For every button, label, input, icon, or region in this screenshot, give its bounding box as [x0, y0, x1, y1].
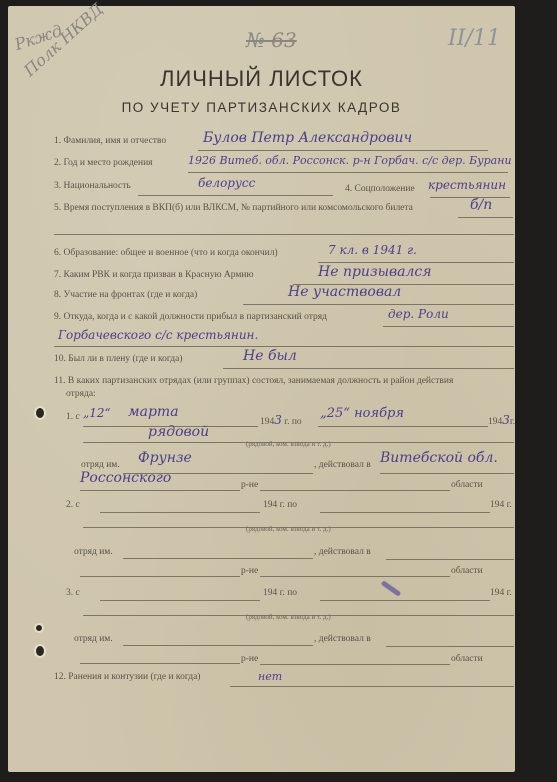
unit-1-from-month: марта: [128, 404, 179, 420]
field-4-label: 4. Соцположение: [345, 184, 415, 194]
field-2-value: 1926 Витеб. обл. Россонск. р-н Горбач. с…: [188, 154, 512, 167]
unit-3-acted-label: , действовал в: [314, 634, 371, 644]
unit-2-to-year: 194 г.: [490, 500, 512, 510]
unit-3-region-label: области: [451, 654, 483, 664]
unit-3-to-line: [320, 600, 490, 601]
unit-2-number: 2. с: [66, 500, 80, 510]
field-12-label: 12. Ранения и контузии (где и когда): [54, 672, 200, 682]
unit-2-acted-label: , действовал в: [314, 547, 371, 557]
unit-3-unit-label: отряд им.: [74, 634, 113, 644]
field-2-line: [188, 172, 508, 173]
unit-3-from-line: [100, 600, 260, 601]
unit-1-region-label: области: [451, 480, 483, 490]
field-4-value: крестьянин: [428, 178, 506, 192]
page-title: ЛИЧНЫЙ ЛИСТОК: [8, 66, 515, 92]
unit-1-from-year: 1943 г. по: [260, 413, 302, 427]
unit-1-unit-value: Фрунзе: [138, 450, 192, 466]
unit-1-acted-line: [380, 473, 514, 474]
unit-3-district-label: р-не: [241, 654, 258, 664]
field-5-value: б/п: [470, 197, 492, 213]
ink-stain: [381, 580, 402, 597]
unit-2-district-label: р-не: [241, 566, 258, 576]
field-12-line: [230, 686, 514, 687]
unit-3-district-line: [80, 663, 240, 664]
field-9-label: 9. Откуда, когда и с какой должности при…: [54, 312, 327, 322]
field-3-label: 3. Национальность: [54, 181, 131, 191]
unit-1-unit-label: отряд им.: [81, 460, 120, 470]
unit-3-unit-line: [123, 645, 313, 646]
punch-hole: [36, 646, 44, 656]
unit-2-to-line: [320, 512, 490, 513]
unit-1-to-year: 1943г.: [488, 413, 515, 427]
field-2-label: 2. Год и место рождения: [54, 158, 153, 168]
unit-1-acted-value: Витебской обл.: [380, 450, 498, 466]
unit-2-from-year: 194 г. по: [263, 500, 297, 510]
field-1-line: [198, 150, 488, 151]
field-1-value: Булов Петр Александрович: [203, 130, 412, 146]
unit-2-region-line: [260, 576, 450, 577]
field-11-label-line2: отряда:: [66, 389, 96, 399]
field-5-label: 5. Время поступления в ВКП(б) или ВЛКСМ,…: [54, 203, 413, 213]
field-12-value: нет: [258, 670, 282, 683]
field-1-label: 1. Фамилия, имя и отчество: [54, 136, 166, 146]
document-page: Ркжд Полк НКВД № 63 II/11 ЛИЧНЫЙ ЛИСТОК …: [8, 6, 515, 772]
field-5-line-2: [54, 234, 514, 235]
field-6-value: 7 кл. в 1941 г.: [328, 243, 417, 257]
field-9-value-line2: Горбачевского с/с крестьянин.: [58, 328, 258, 342]
unit-1-to-date: „25“ ноября: [320, 406, 404, 421]
field-3-value: белорусс: [198, 176, 255, 190]
unit-2-district-line: [80, 576, 240, 577]
field-7-label: 7. Каким РВК и когда призван в Красную А…: [54, 270, 254, 280]
field-6-label: 6. Образование: общее и военное (что и к…: [54, 248, 278, 258]
unit-2-from-line: [100, 512, 260, 513]
unit-1-from-day: „12“: [83, 406, 111, 420]
punch-hole: [36, 408, 44, 418]
unit-2-unit-label: отряд им.: [74, 547, 113, 557]
field-8-label: 8. Участие на фронтах (где и когда): [54, 290, 197, 300]
punch-hole: [36, 625, 42, 631]
field-8-line: [243, 304, 514, 305]
unit-1-district-label: р-не: [241, 480, 258, 490]
field-9-line: [383, 326, 514, 327]
unit-3-region-line: [260, 664, 450, 665]
unit-3-position-caption: (рядовой, ком. взвода и т. д.): [246, 613, 331, 621]
unit-3-from-year: 194 г. по: [263, 588, 297, 598]
unit-2-unit-line: [123, 558, 313, 559]
unit-3-to-year: 194 г.: [490, 588, 512, 598]
unit-1-position: рядовой: [148, 424, 209, 440]
page-subtitle: ПО УЧЕТУ ПАРТИЗАНСКИХ КАДРОВ: [8, 100, 515, 115]
unit-1-district-line: [80, 490, 240, 491]
field-10-label: 10. Был ли в плену (где и когда): [54, 354, 183, 364]
field-8-value: Не участвовал: [288, 284, 401, 300]
unit-3-acted-line: [386, 646, 514, 647]
unit-2-acted-line: [386, 559, 514, 560]
unit-1-number: 1. с: [66, 412, 80, 422]
field-9-line-2: [54, 346, 514, 347]
unit-3-number: 3. с: [66, 588, 80, 598]
unit-1-acted-label: , действовал в: [314, 460, 371, 470]
field-5-line: [458, 217, 513, 218]
unit-1-to-line: [318, 426, 488, 427]
field-10-value: Не был: [243, 348, 297, 364]
field-3-line: [138, 195, 333, 196]
unit-1-region-line: [260, 490, 450, 491]
field-11-label: 11. В каких партизанских отрядах (или гр…: [54, 376, 453, 386]
page-number-annotation: II/11: [448, 26, 501, 51]
unit-2-region-label: области: [451, 566, 483, 576]
field-6-line: [318, 262, 514, 263]
unit-1-position-caption: (рядовой, ком. взвода и т. д.): [246, 440, 331, 448]
unit-1-district-value: Россонского: [80, 470, 171, 486]
field-9-value: дер. Роли: [388, 307, 449, 321]
field-10-line: [223, 368, 514, 369]
field-7-value: Не призывался: [318, 264, 432, 280]
crossed-number: № 63: [246, 28, 297, 52]
unit-2-position-caption: (рядовой, ком. взвода и т. д.): [246, 525, 331, 533]
